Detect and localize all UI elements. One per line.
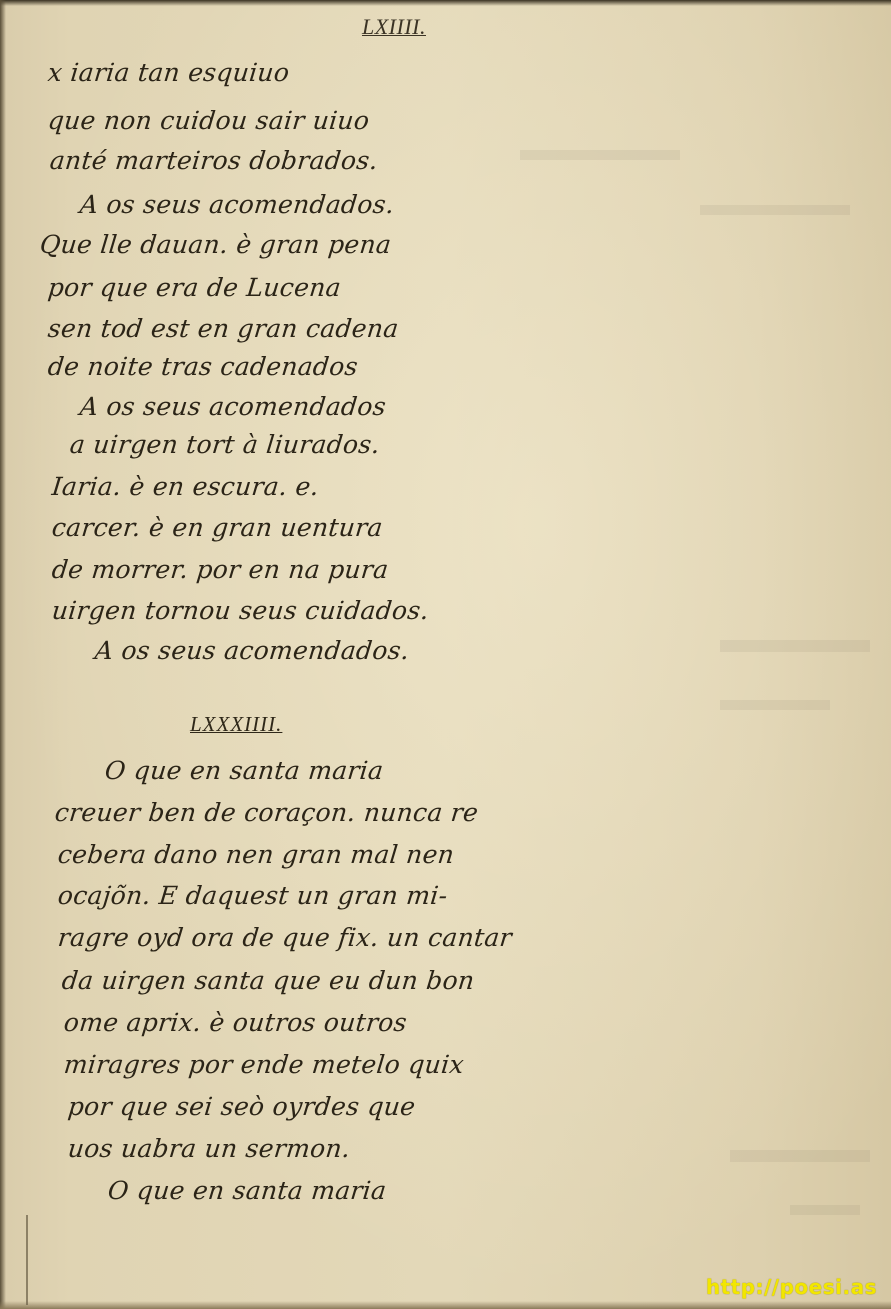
bleed-through-shadow bbox=[720, 700, 830, 710]
page-bottom-edge bbox=[0, 1301, 891, 1309]
manuscript-line: anté marteiros dobrados. bbox=[49, 148, 380, 173]
bleed-through-shadow bbox=[720, 640, 870, 652]
manuscript-line: A os seus acomendados bbox=[79, 394, 388, 419]
manuscript-line: Iaria. è en escura. e. bbox=[51, 474, 321, 499]
manuscript-line: por que era de Lucena bbox=[47, 275, 343, 300]
manuscript-line: por que sei seò oyrdes que bbox=[67, 1094, 417, 1119]
manuscript-line: uos uabra un sermon. bbox=[67, 1136, 352, 1161]
manuscript-line: Que lle dauan. è gran pena bbox=[39, 232, 393, 257]
manuscript-line: de noite tras cadenados bbox=[47, 354, 359, 379]
manuscript-line: A os seus acomendados. bbox=[94, 638, 411, 663]
manuscript-line: de morrer. por en na pura bbox=[51, 557, 390, 582]
manuscript-line: x iaria tan esquiuo bbox=[47, 60, 291, 85]
manuscript-line: O que en santa maria bbox=[107, 1178, 388, 1203]
manuscript-line: cebera dano nen gran mal nen bbox=[57, 842, 456, 867]
manuscript-line: que non cuidou sair uiuo bbox=[47, 108, 371, 133]
manuscript-line: O que en santa maria bbox=[104, 758, 385, 783]
manuscript-line: creuer ben de coraçon. nunca re bbox=[54, 800, 480, 825]
manuscript-line: ocajõn. E daquest un gran mi- bbox=[57, 883, 449, 908]
cantiga-number-heading: LXXXIIII. bbox=[190, 712, 282, 737]
bleed-through-shadow bbox=[730, 1150, 870, 1162]
manuscript-line: da uirgen santa que eu dun bon bbox=[61, 968, 476, 993]
page-left-edge bbox=[0, 0, 6, 1309]
bleed-through-shadow bbox=[520, 150, 680, 160]
page-top-edge bbox=[0, 0, 891, 6]
manuscript-line: A os seus acomendados. bbox=[79, 192, 396, 217]
manuscript-line: miragres por ende metelo quix bbox=[63, 1052, 466, 1077]
binding-gutter-mark bbox=[26, 1215, 28, 1305]
watermark-link: http://poesi.as bbox=[706, 1275, 877, 1299]
folio-number: LXIIII. bbox=[362, 14, 426, 40]
manuscript-line: ome aprix. è outros outros bbox=[63, 1010, 409, 1035]
manuscript-line: uirgen tornou seus cuidados. bbox=[51, 598, 431, 623]
bleed-through-shadow bbox=[790, 1205, 860, 1215]
manuscript-page: LXIIII. x iaria tan esquiuo que non cuid… bbox=[0, 0, 891, 1309]
manuscript-line: carcer. è en gran uentura bbox=[51, 515, 384, 540]
manuscript-line: a uirgen tort à liurados. bbox=[69, 432, 382, 457]
manuscript-line: ragre oyd ora de que fix. un cantar bbox=[57, 925, 514, 950]
manuscript-line: sen tod est en gran cadena bbox=[47, 316, 400, 341]
bleed-through-shadow bbox=[700, 205, 850, 215]
